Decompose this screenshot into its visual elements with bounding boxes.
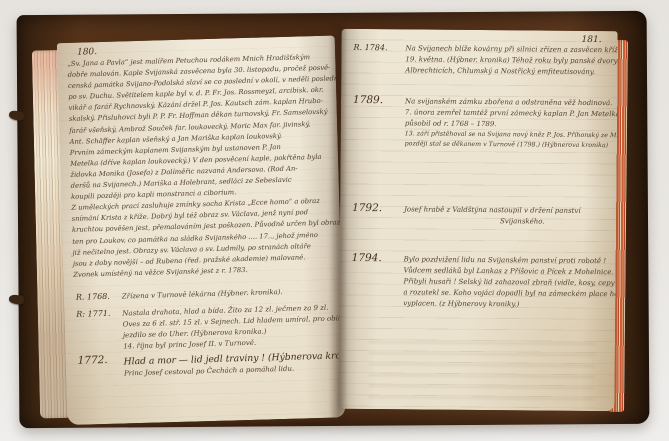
chronicle-entry: R: 1771.Nastala drahota, hlad a bída. Ži… — [76, 303, 337, 354]
left-page: 180. „Sv. Jana a Pavla“ jest malířem Pet… — [57, 35, 346, 425]
chronicle-line: Albrechticích, Chlumský a Nostřický emfi… — [405, 65, 611, 78]
photo-open-chronicle-book: 180. „Sv. Jana a Pavla“ jest malířem Pet… — [0, 0, 669, 441]
entry-year: 1772. — [77, 354, 107, 367]
entry-lines: Josef hrabě z Valdštýna nastoupil v drže… — [404, 204, 610, 228]
cover-clasp-bottom — [8, 294, 24, 305]
entry-year: R. 1768. — [76, 292, 110, 302]
left-page-number: 180. — [77, 47, 97, 58]
right-page-entries: R. 1784.Na Svijanech blíže kovárny při s… — [351, 29, 611, 311]
entry-year: 1794. — [352, 252, 382, 264]
entry-lines: Na Svijanech blíže kovárny při silnici z… — [405, 43, 611, 78]
entry-lines: Hlad a mor — lid jedl traviny ! (Hýbnero… — [124, 349, 339, 379]
chronicle-entry: R. 1784.Na Svijanech blíže kovárny při s… — [353, 43, 611, 78]
chronicle-line: později stal se děkanem v Turnově (1798.… — [405, 139, 611, 151]
entry-year: 1792. — [352, 202, 382, 214]
entry-year: R. 1784. — [353, 43, 387, 52]
chronicle-line: Zřízena v Turnově lékárna (Hýbner. kroni… — [122, 286, 336, 303]
ink-bleed-through — [368, 341, 595, 403]
entry-lines: Nastala drahota, hlad a bída. Žito za 12… — [122, 303, 337, 353]
gutter-shadow — [329, 24, 348, 420]
chronicle-line: vyplacen. (z Hýbnerovy kroniky.) — [403, 298, 609, 311]
left-page-paragraph: „Sv. Jana a Pavla“ jest malířem Petuchou… — [67, 52, 337, 281]
chronicle-entry: 1794.Bylo pozdvižení lidu na Svijanském … — [351, 254, 609, 311]
chronicle-entry: 1772.Hlad a mor — lid jedl traviny ! (Hý… — [78, 349, 339, 380]
left-page-entries: R. 1768.Zřízena v Turnově lékárna (Hýbne… — [76, 286, 338, 381]
entry-year: R: 1771. — [76, 309, 110, 319]
chronicle-entry: 1789.Na svijanském zámku zbořena a odstr… — [353, 96, 611, 151]
entry-lines: Bylo pozdvižení lidu na Svijanském panst… — [403, 254, 609, 311]
entry-lines: Zřízena v Turnově lékárna (Hýbner. kroni… — [122, 286, 336, 303]
chronicle-entry: 1792.Josef hrabě z Valdštýna nastoupil v… — [352, 204, 610, 228]
entry-year: 1789. — [353, 94, 383, 106]
right-page: 181. R. 1784.Na Svijanech blíže kovárny … — [338, 29, 617, 411]
chronicle-entry: R. 1768.Zřízena v Turnově lékárna (Hýbne… — [76, 286, 336, 304]
chronicle-line: Josef hrabě z Valdštýna nastoupil v drže… — [404, 204, 610, 217]
chronicle-line: Svijanského. — [500, 216, 610, 228]
entry-lines: Na svijanském zámku zbořena a odstraněna… — [405, 96, 611, 151]
